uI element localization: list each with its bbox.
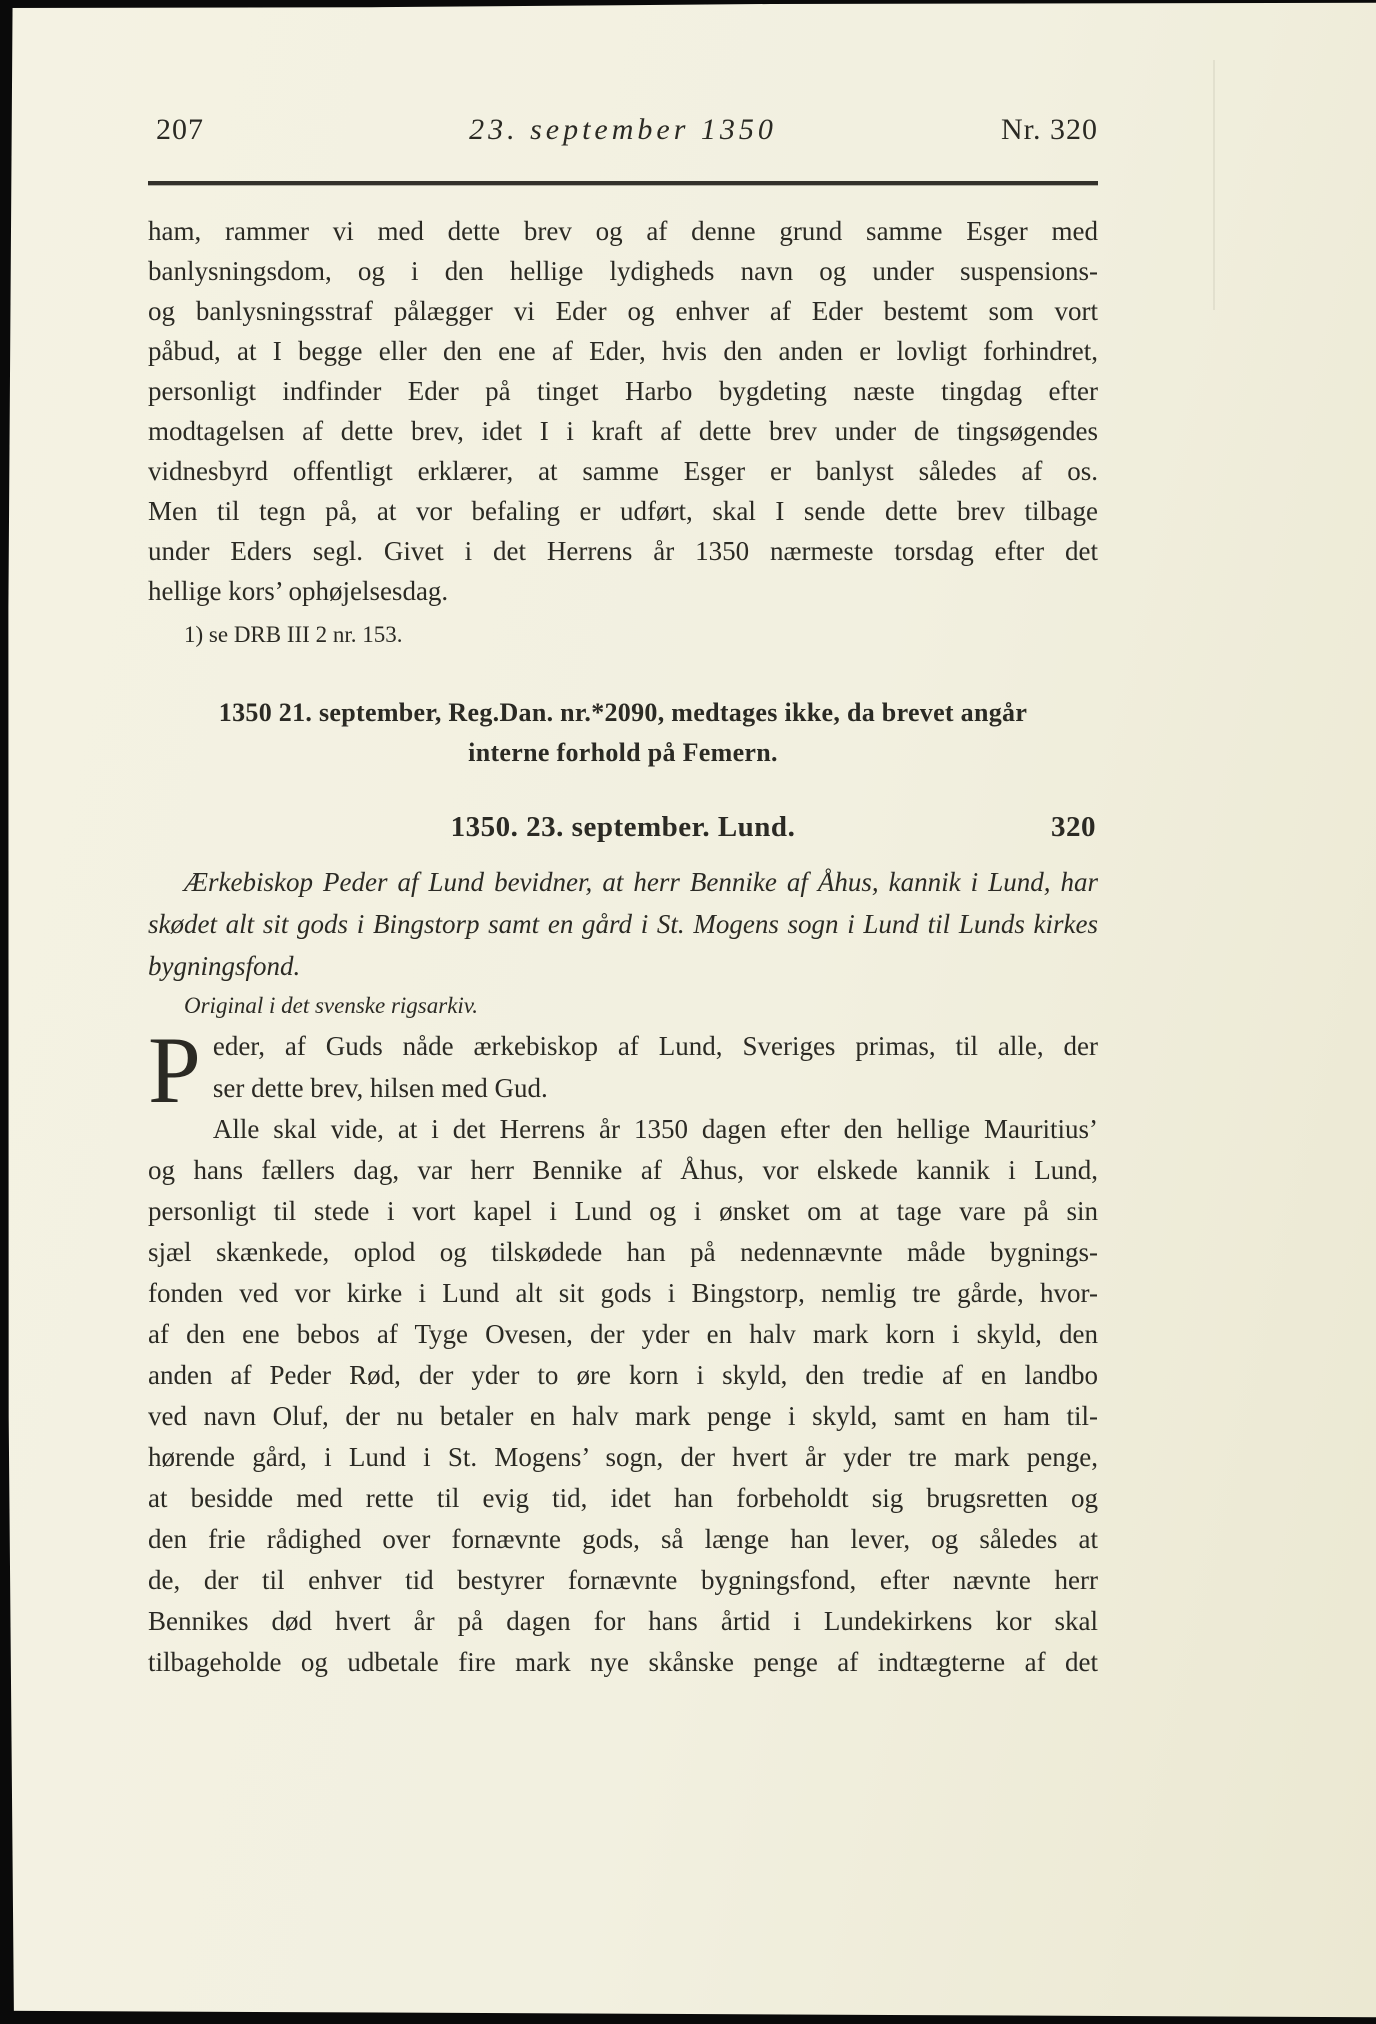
editorial-note-line: 1350 21. september, Reg.Dan. nr.*2090, m…	[148, 693, 1098, 733]
page-content: 207 23. september 1350 Nr. 320 ham, ramm…	[148, 0, 1098, 1683]
text-line: sjæl skænkede, oplod og tilskødede han p…	[148, 1232, 1098, 1273]
scan-edge-left	[0, 0, 14, 2024]
entry-heading-number: 320	[1051, 807, 1096, 847]
text-line: personligt indfinder Eder på tinget Harb…	[148, 371, 1098, 411]
body-paragraph: Alle skal vide, at i det Herrens år 1350…	[148, 1109, 1098, 1683]
page-header: 207 23. september 1350 Nr. 320	[148, 110, 1098, 150]
scan-artifact-line	[1213, 60, 1215, 310]
text-line: de, der til enhver tid bestyrer fornævnt…	[148, 1560, 1098, 1601]
text-line: banlysningsdom, og i den hellige lydighe…	[148, 251, 1098, 291]
text-line: fonden ved vor kirke i Lund alt sit gods…	[148, 1273, 1098, 1314]
text-line: at besidde med rette til evig tid, idet …	[148, 1478, 1098, 1519]
running-title: 23. september 1350	[469, 110, 777, 150]
page-number: 207	[148, 110, 469, 150]
entry-heading-text: 1350. 23. september. Lund.	[451, 811, 796, 843]
text-line: og hans fællers dag, var herr Bennike af…	[148, 1150, 1098, 1191]
text-line: Alle skal vide, at i det Herrens år 1350…	[148, 1109, 1098, 1150]
editorial-note: 1350 21. september, Reg.Dan. nr.*2090, m…	[148, 693, 1098, 773]
text-line: ham, rammer vi med dette brev og af denn…	[148, 211, 1098, 251]
text-line: Ærkebiskop Peder af Lund bevidner, at he…	[148, 861, 1098, 903]
text-line: skødet alt sit gods i Bingstorp samt en …	[148, 903, 1098, 945]
drop-cap-initial: P	[148, 1030, 201, 1110]
regest-summary: Ærkebiskop Peder af Lund bevidner, at he…	[148, 861, 1098, 987]
text-line: tilbageholde og udbetale fire mark nye s…	[148, 1642, 1098, 1683]
footnote: 1) se DRB III 2 nr. 153.	[148, 619, 1098, 651]
editorial-note-line: interne forhold på Femern.	[148, 733, 1098, 773]
text-line: under Eders segl. Givet i det Herrens år…	[148, 531, 1098, 571]
text-line: ser dette brev, hilsen med Gud.	[148, 1067, 1098, 1109]
text-line: Men til tegn på, at vor befaling er udfø…	[148, 491, 1098, 531]
text-line: hellige kors’ ophøjelsesdag.	[148, 571, 1098, 611]
text-line: anden af Peder Rød, der yder to øre korn…	[148, 1355, 1098, 1396]
text-line: vidnesbyrd offentligt erklærer, at samme…	[148, 451, 1098, 491]
text-line: ved navn Oluf, der nu betaler en halv ma…	[148, 1396, 1098, 1437]
text-line: påbud, at I begge eller den ene af Eder,…	[148, 331, 1098, 371]
text-line: den frie rådighed over fornævnte gods, s…	[148, 1519, 1098, 1560]
text-line: bygningsfond.	[148, 945, 1098, 987]
scan-edge-bottom	[0, 2007, 1376, 2024]
header-rule	[148, 181, 1098, 185]
text-line: hørende gård, i Lund i St. Mogens’ sogn,…	[148, 1437, 1098, 1478]
opening-paragraph: P eder, af Guds nåde ærkebiskop af Lund,…	[148, 1025, 1098, 1109]
continuation-paragraph: ham, rammer vi med dette brev og af denn…	[148, 211, 1098, 611]
text-line: af den ene bebos af Tyge Ovesen, der yde…	[148, 1314, 1098, 1355]
text-line: Bennikes død hvert år på dagen for hans …	[148, 1601, 1098, 1642]
entry-number-label: Nr. 320	[777, 110, 1098, 150]
text-line: eder, af Guds nåde ærkebiskop af Lund, S…	[148, 1025, 1098, 1067]
text-line: modtagelsen af dette brev, idet I i kraf…	[148, 411, 1098, 451]
source-note: Original i det svenske rigsarkiv.	[148, 990, 1098, 1022]
entry-heading: 1350. 23. september. Lund. 320	[148, 807, 1098, 847]
text-line: og banlysningsstraf pålægger vi Eder og …	[148, 291, 1098, 331]
text-line: personligt til stede i vort kapel i Lund…	[148, 1191, 1098, 1232]
scanned-book-page: 207 23. september 1350 Nr. 320 ham, ramm…	[0, 0, 1376, 2024]
